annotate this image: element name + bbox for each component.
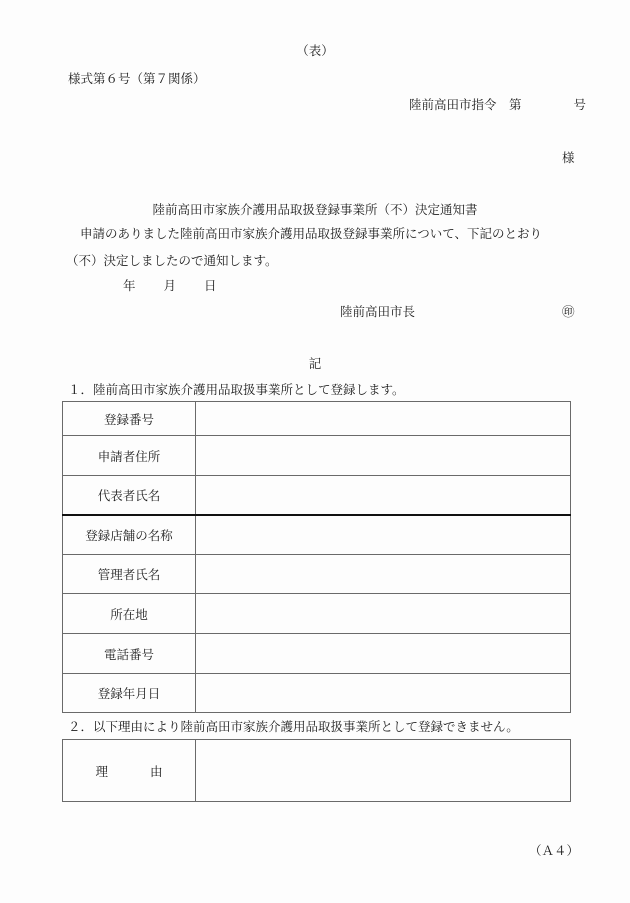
manager-name-field[interactable] [196,555,571,594]
reason-field[interactable] [196,740,571,802]
table-row: 所在地 [63,594,571,634]
directive-number: 陸前高田市指令 第 号 [409,95,586,113]
row-label: 電話番号 [63,634,196,674]
table-row: 理 由 [63,740,571,802]
directive-suffix: 号 [573,97,586,112]
store-name-field[interactable] [196,515,571,555]
addressee-suffix: 様 [562,148,575,166]
body-line-1: 申請のありました陸前高田市家族介護用品取扱登録事業所について、下記のとおり [80,224,542,242]
reason-table: 理 由 [62,739,571,802]
location-field[interactable] [196,594,571,634]
phone-number-field[interactable] [196,634,571,674]
row-label: 所在地 [63,594,196,634]
row-label: 管理者氏名 [63,555,196,594]
section1-heading: １．陸前高田市家族介護用品取扱事業所として登録します。 [68,380,405,398]
date-month: 月 [163,278,176,293]
table-row: 電話番号 [63,634,571,674]
table-row: 登録番号 [63,402,571,436]
representative-name-field[interactable] [196,476,571,515]
applicant-address-field[interactable] [196,436,571,476]
paper-size-label: （Ａ４） [529,841,579,859]
registration-table: 登録番号 申請者住所 代表者氏名 登録店舗の名称 管理者氏名 所在地 電話番号 … [62,401,571,713]
registration-number-field[interactable] [196,402,571,436]
date-day: 日 [204,278,217,293]
reason-label: 理 由 [63,740,196,802]
table-row: 申請者住所 [63,436,571,476]
side-label: （表） [0,41,630,59]
body-line-2: （不）決定しましたので通知します。 [66,251,278,269]
document-title: 陸前高田市家族介護用品取扱登録事業所（不）決定通知書 [0,200,630,218]
table-row: 登録店舗の名称 [63,515,571,555]
row-label: 代表者氏名 [63,476,196,515]
seal-mark: ㊞ [562,302,575,320]
issuer: 陸前高田市長 [340,302,415,320]
reason-label-char-1: 理 [96,764,109,779]
date-year: 年 [123,278,136,293]
table-row: 管理者氏名 [63,555,571,594]
date-line: 年 月 日 [123,276,216,294]
ki-heading: 記 [0,354,630,372]
directive-prefix: 陸前高田市指令 第 [409,97,522,112]
row-label: 登録年月日 [63,674,196,713]
row-label: 申請者住所 [63,436,196,476]
row-label: 登録店舗の名称 [63,515,196,555]
table-row: 代表者氏名 [63,476,571,515]
row-label: 登録番号 [63,402,196,436]
reason-label-char-2: 由 [150,764,163,779]
registration-date-field[interactable] [196,674,571,713]
table-row: 登録年月日 [63,674,571,713]
form-number: 様式第６号（第７関係） [68,69,206,87]
section2-heading: ２．以下理由により陸前高田市家族介護用品取扱事業所として登録できません。 [68,717,519,735]
